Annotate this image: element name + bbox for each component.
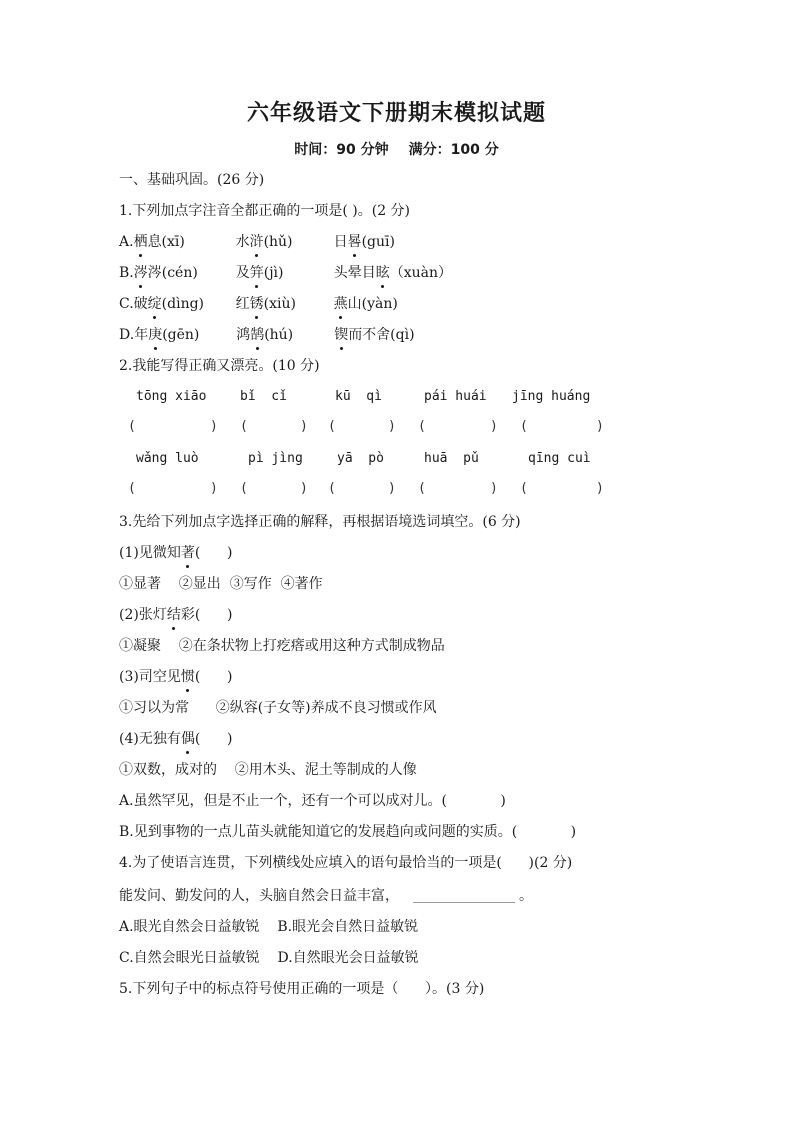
q3-item-3: (3)司空见惯( ) — [119, 667, 232, 687]
word-pre: 鸿 — [236, 327, 250, 343]
pinyin: yā pò — [337, 451, 384, 466]
pinyin: jīng huáng — [512, 389, 590, 404]
open-paren: ( — [328, 419, 336, 434]
pinyin: pái huái — [424, 389, 487, 404]
time-limit: 时间：90 分钟 — [294, 142, 388, 158]
pinyin: pì jìng — [248, 451, 303, 466]
answer-blank[interactable]: ( ) — [195, 731, 233, 747]
exam-meta: 时间：90 分钟满分：100 分 — [0, 139, 793, 159]
open-paren: ( — [128, 419, 136, 434]
word-post: (dìng) — [162, 296, 204, 312]
open-paren: ( — [240, 419, 248, 434]
pinyin: kū qì — [335, 389, 382, 404]
open-paren: ( — [418, 419, 426, 434]
open-paren: ( — [128, 481, 136, 496]
dotted-char: 锈 — [250, 294, 264, 314]
close-paren: ) — [596, 481, 604, 496]
sentence-end: 。 — [519, 888, 533, 904]
word-post: 而不舍(qì) — [348, 327, 414, 343]
q4-stem: 4.为了使语言连贯，下列横线处应填入的语句最恰当的一项是( )(2 分) — [119, 853, 572, 873]
word-post: 息(xī) — [148, 234, 185, 250]
word-pre: 年 — [134, 327, 148, 343]
word-pre: (3)司空见 — [119, 669, 181, 685]
word-post: 山(yàn) — [348, 296, 398, 312]
q3-stem: 3.先给下列加点字选择正确的解释，再根据语境选词填空。(6 分) — [119, 512, 521, 532]
q3-item-1-choices: ①显著 ②显出 ③写作 ④著作 — [119, 574, 323, 594]
dotted-char: 庚 — [148, 325, 162, 345]
pinyin: tōng xiāo — [136, 389, 206, 404]
word-post: (hǔ) — [264, 234, 293, 250]
word-pre: 日 — [334, 234, 348, 250]
word-post: (xiù) — [264, 296, 296, 312]
option-label: C. — [119, 296, 134, 312]
q4-sentence: 能发问、勤发问的人，头脑自然会日益丰富，。 — [119, 886, 533, 906]
dotted-char: 鹄 — [250, 325, 264, 345]
page-title: 六年级语文下册期末模拟试题 — [0, 96, 793, 127]
q4-options-row-1[interactable]: A.眼光自然会日益敏锐 B.眼光会自然日益敏锐 — [119, 917, 418, 937]
open-paren: ( — [520, 419, 528, 434]
q3-item-2-choices: ①凝聚 ②在条状物上打疙瘩或用这种方式制成物品 — [119, 636, 445, 656]
dotted-char: 栖 — [134, 232, 148, 252]
option-label: D. — [119, 327, 134, 343]
close-paren: ) — [300, 481, 308, 496]
q2-stem: 2.我能写得正确又漂亮。(10 分) — [119, 356, 320, 376]
word-pre: 破 — [134, 296, 148, 312]
close-paren: ) — [596, 419, 604, 434]
dotted-char: 锲 — [334, 325, 348, 345]
option-label: A. — [119, 234, 134, 250]
dotted-char: 偶 — [181, 729, 195, 749]
dotted-char: 著 — [181, 543, 195, 563]
close-paren: ) — [490, 419, 498, 434]
answer-blank[interactable]: 彩( ) — [181, 607, 233, 623]
q4-options-row-2[interactable]: C.自然会眼光日益敏锐 D.自然眼光会日益敏锐 — [119, 948, 419, 968]
word-pre: (1)见微知 — [119, 545, 181, 561]
dotted-char: 绽 — [148, 294, 162, 314]
dotted-char: 涔 — [134, 263, 148, 283]
q1-option-c[interactable]: C.破绽(dìng)红锈(xiù)燕山(yàn) — [119, 294, 398, 314]
dotted-char: 燕 — [334, 294, 348, 314]
q3-item-2: (2)张灯结彩( ) — [119, 605, 232, 625]
word-pre: 红 — [236, 296, 250, 312]
word-pre: (2)张灯 — [119, 607, 167, 623]
close-paren: ) — [490, 481, 498, 496]
close-paren: ) — [388, 419, 396, 434]
pinyin: bǐ cǐ — [240, 389, 287, 404]
q1-option-b[interactable]: B.涔涔(cén)及笄(jì)头晕目眩（xuàn） — [119, 263, 452, 283]
open-paren: ( — [418, 481, 426, 496]
word-post: (hú) — [264, 327, 293, 343]
sentence-text: 能发问、勤发问的人，头脑自然会日益丰富， — [119, 888, 399, 904]
fill-blank-line[interactable] — [413, 901, 515, 903]
close-paren: ) — [210, 481, 218, 496]
q5-stem: 5.下列句子中的标点符号使用正确的一项是（ ）。(3 分) — [119, 979, 484, 999]
q1-stem: 1.下列加点字注音全都正确的一项是( )。(2 分) — [119, 201, 410, 221]
word-pre: (4)无独有 — [119, 731, 181, 747]
word-post: (jì) — [264, 265, 284, 281]
close-paren: ) — [388, 481, 396, 496]
q3-item-3-choices: ①习以为常 ②纵容(子女等)养成不良习惯或作风 — [119, 698, 437, 718]
dotted-char: 眩 — [376, 263, 390, 283]
dotted-char: 晷 — [348, 232, 362, 252]
full-score: 满分：100 分 — [409, 142, 499, 158]
option-label: B. — [119, 265, 134, 281]
word-pre: 头晕目 — [334, 265, 376, 281]
word-post: （xuàn） — [390, 265, 452, 281]
answer-blank[interactable]: ( ) — [195, 669, 233, 685]
dotted-char: 浒 — [250, 232, 264, 252]
word-post: (gēn) — [162, 327, 199, 343]
q3-item-1: (1)见微知著( ) — [119, 543, 232, 563]
word-post: (guī) — [362, 234, 395, 250]
close-paren: ) — [300, 419, 308, 434]
q1-option-a[interactable]: A.栖息(xī)水浒(hǔ)日晷(guī) — [119, 232, 395, 252]
word-pre: 及 — [236, 265, 250, 281]
pinyin: qīng cuì — [528, 451, 591, 466]
pinyin: wǎng luò — [136, 451, 199, 466]
word-post: 涔(cén) — [148, 265, 198, 281]
q3-item-4: (4)无独有偶( ) — [119, 729, 232, 749]
q3-fill-a[interactable]: A.虽然罕见，但是不止一个，还有一个可以成对儿。( ) — [119, 791, 506, 811]
dotted-char: 惯 — [181, 667, 195, 687]
q1-option-d[interactable]: D.年庚(gēn)鸿鹄(hú)锲而不舍(qì) — [119, 325, 415, 345]
close-paren: ) — [210, 419, 218, 434]
answer-blank[interactable]: ( ) — [195, 545, 233, 561]
open-paren: ( — [328, 481, 336, 496]
word-pre: 水 — [236, 234, 250, 250]
open-paren: ( — [240, 481, 248, 496]
dotted-char: 结 — [167, 605, 181, 625]
pinyin: huā pǔ — [424, 451, 479, 466]
exam-page: 六年级语文下册期末模拟试题 时间：90 分钟满分：100 分 一、基础巩固。(2… — [0, 0, 793, 1122]
q3-fill-b[interactable]: B.见到事物的一点儿苗头就能知道它的发展趋向或问题的实质。( ) — [119, 822, 576, 842]
open-paren: ( — [520, 481, 528, 496]
section-heading: 一、基础巩固。(26 分) — [119, 170, 264, 190]
q3-item-4-choices: ①双数，成对的 ②用木头、泥土等制成的人像 — [119, 760, 417, 780]
dotted-char: 笄 — [250, 263, 264, 283]
